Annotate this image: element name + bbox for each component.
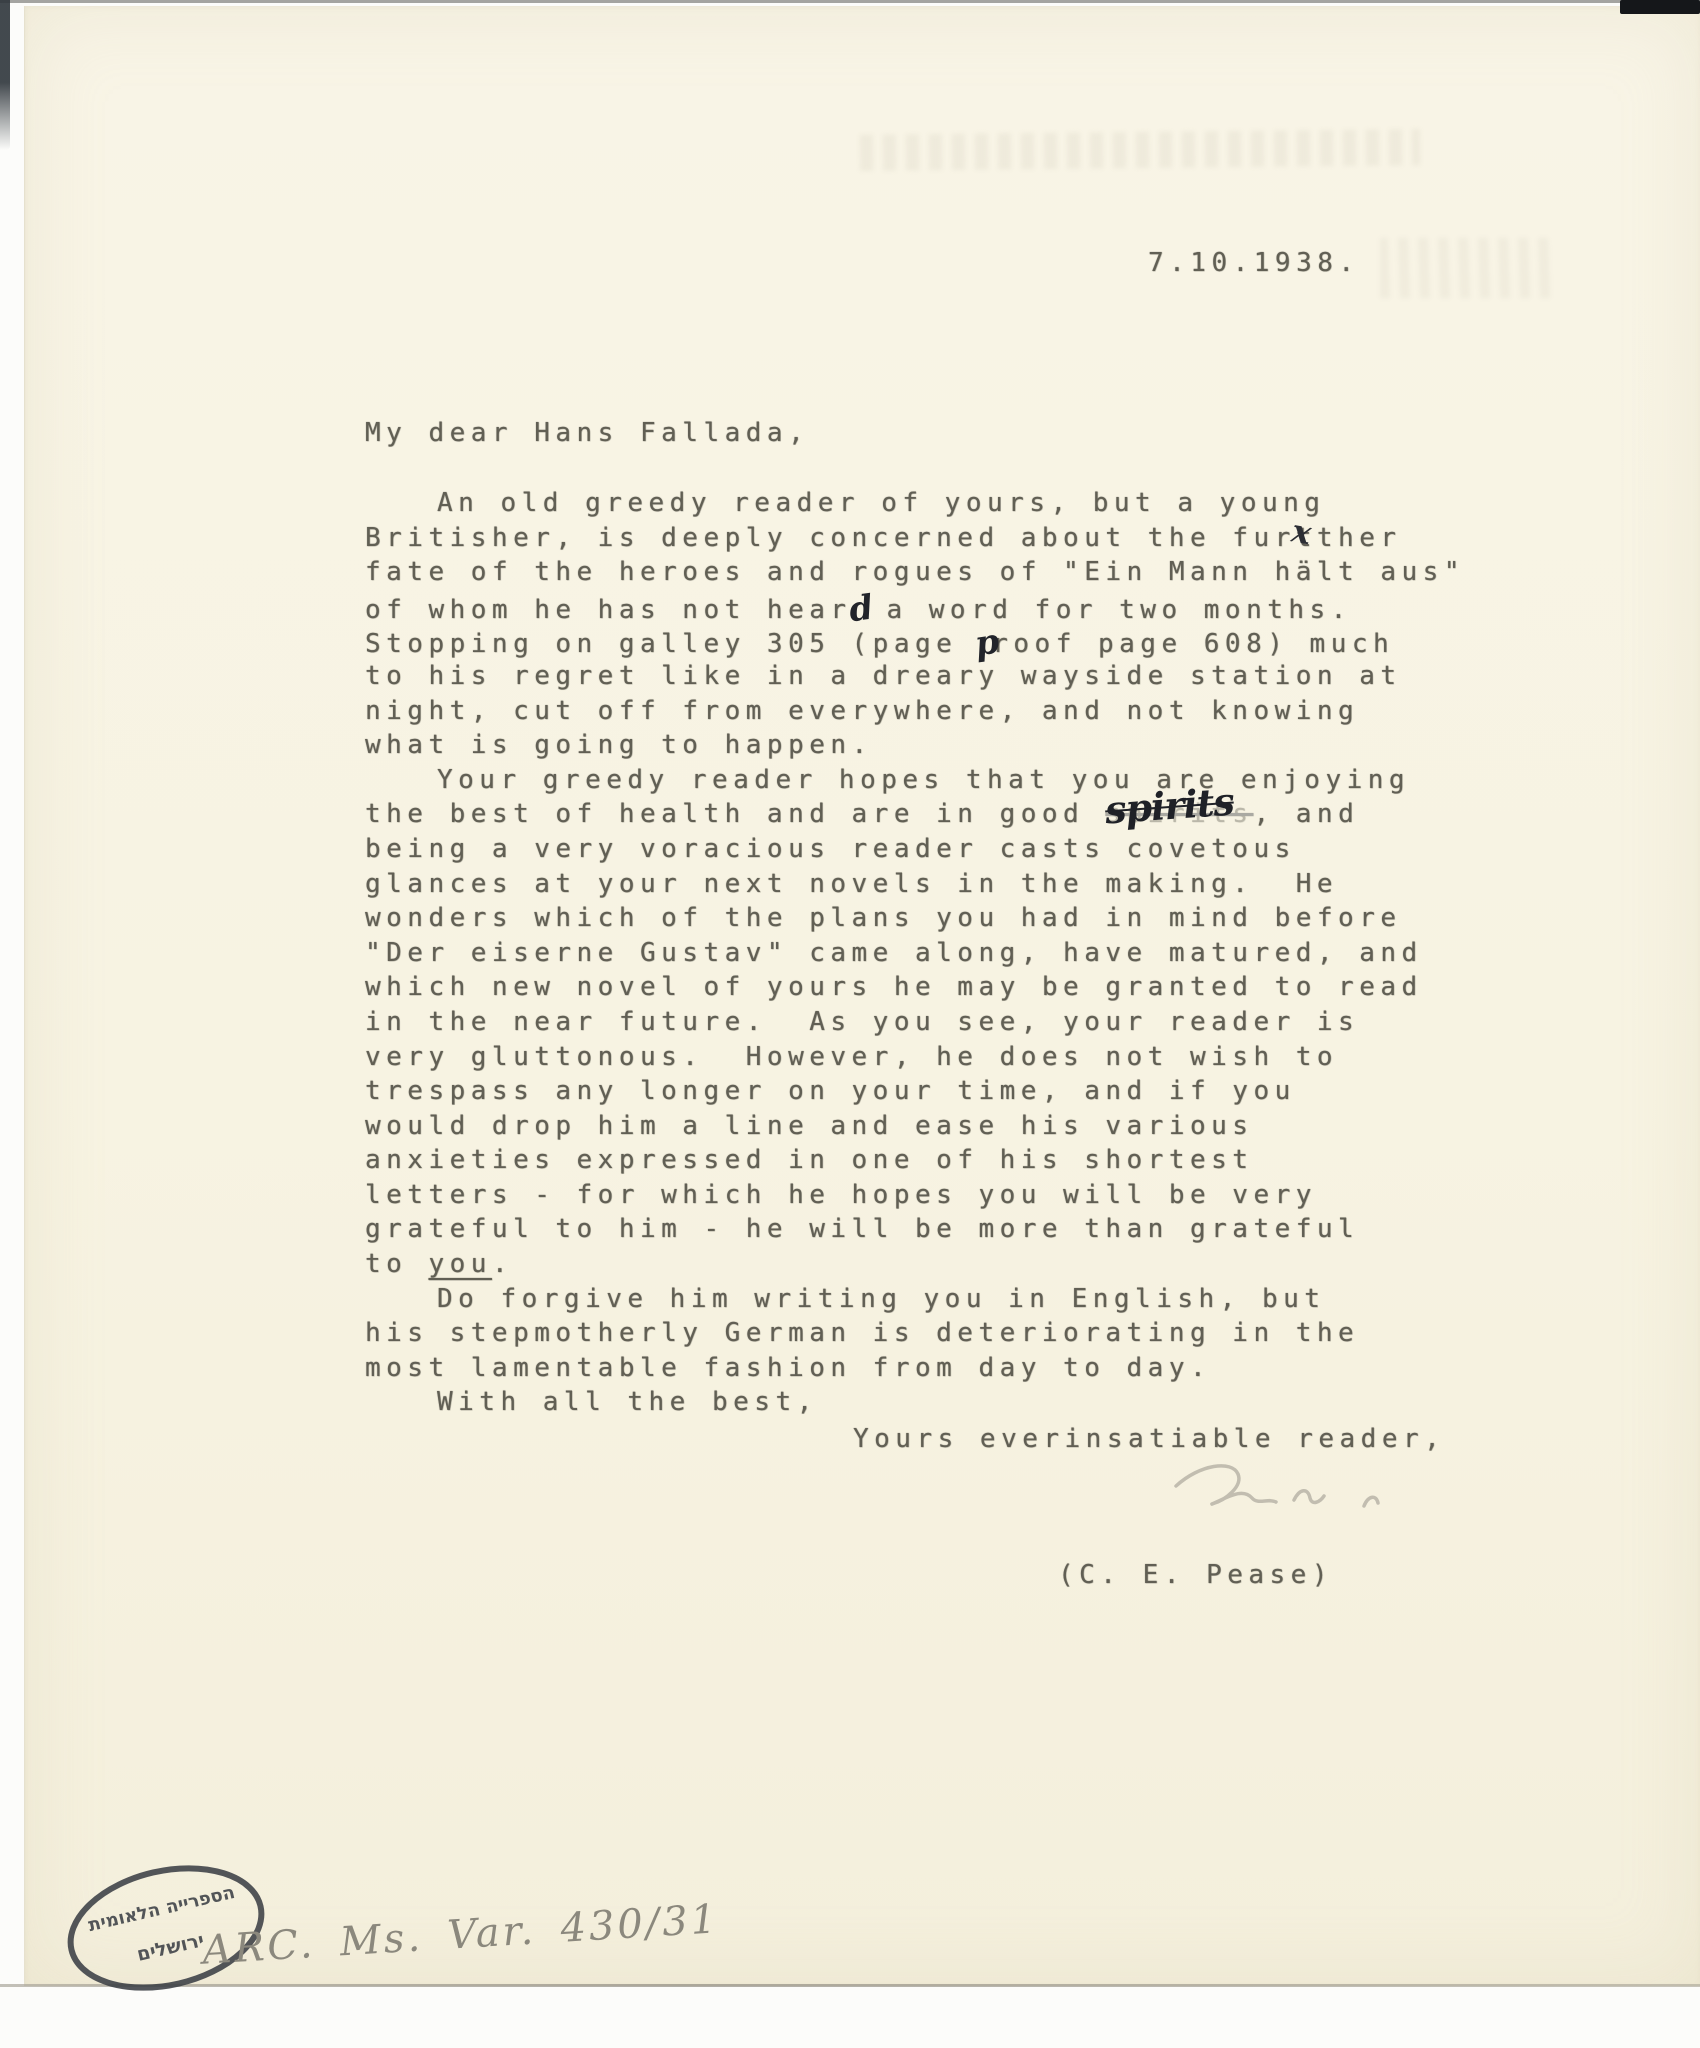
struck-out-character: tx	[1296, 521, 1317, 556]
stamp-text-bottom: ירושלים	[135, 1929, 206, 1966]
handwritten-correction: d	[847, 590, 875, 628]
letter-line: to you.	[365, 1247, 1525, 1282]
letter-line: glances at your next novels in the makin…	[365, 867, 1525, 902]
letter-line: "Der eiserne Gustav" came along, have ma…	[365, 936, 1525, 971]
letter-line: night, cut off from everywhere, and not …	[365, 694, 1525, 729]
letter-line: letters - for which he hopes you will be…	[365, 1178, 1525, 1213]
letter-line: which new novel of yours he may be grant…	[365, 970, 1525, 1005]
handwritten-overwrite: spiritsspirits	[1105, 797, 1253, 832]
letter-date: 7.10.1938.	[1148, 248, 1360, 278]
letter-line: would drop him a line and ease his vario…	[365, 1109, 1525, 1144]
letter-line: Your greedy reader hopes that you are en…	[365, 763, 1525, 798]
handwritten-correction: p	[973, 625, 1001, 663]
letter-line: fate of the heroes and rogues of "Ein Ma…	[365, 555, 1525, 590]
signed-name: (C. E. Pease)	[1058, 1560, 1333, 1590]
letter-line: With all the best,	[365, 1385, 1525, 1420]
faint-ink-smudge	[1380, 238, 1550, 298]
letter-line: Stopping on galley 305 (page proof page …	[365, 624, 1525, 659]
scan-corner-artifact	[0, 0, 10, 150]
letter-line: anxieties expressed in one of his shorte…	[365, 1143, 1525, 1178]
letter-line: Do forgive him writing you in English, b…	[365, 1282, 1525, 1317]
letter-line: to his regret like in a dreary wayside s…	[365, 659, 1525, 694]
letter-line: most lamentable fashion from day to day.	[365, 1351, 1525, 1386]
letter-line: in the near future. As you see, your rea…	[365, 1005, 1525, 1040]
scanned-letter-page: 7.10.1938. My dear Hans Fallada, An old …	[0, 0, 1700, 2048]
letter-line: trespass any longer on your time, and if…	[365, 1074, 1525, 1109]
letter-line: grateful to him - he will be more than g…	[365, 1212, 1525, 1247]
letter-salutation: My dear Hans Fallada,	[365, 418, 809, 448]
letter-line: wonders which of the plans you had in mi…	[365, 901, 1525, 936]
letter-line: Britisher, is deeply concerned about the…	[365, 521, 1525, 556]
letter-line: his stepmotherly German is deteriorating…	[365, 1316, 1525, 1351]
letter-line: An old greedy reader of yours, but a you…	[365, 486, 1525, 521]
scan-edge-artifact	[0, 0, 1700, 3]
letter-line: of whom he has not heard a word for two …	[365, 590, 1525, 625]
faint-ink-smudge	[860, 129, 1420, 171]
letter-line: the best of health and are in good spiri…	[365, 797, 1525, 832]
underlined-word: you	[428, 1249, 491, 1279]
letter-body: An old greedy reader of yours, but a you…	[365, 486, 1525, 1420]
handwritten-signature	[1080, 1448, 1440, 1548]
letter-line: very gluttonous. However, he does not wi…	[365, 1040, 1525, 1075]
letter-line: what is going to happen.	[365, 728, 1525, 763]
letter-line: being a very voracious reader casts cove…	[365, 832, 1525, 867]
scan-corner-artifact	[1620, 0, 1700, 14]
